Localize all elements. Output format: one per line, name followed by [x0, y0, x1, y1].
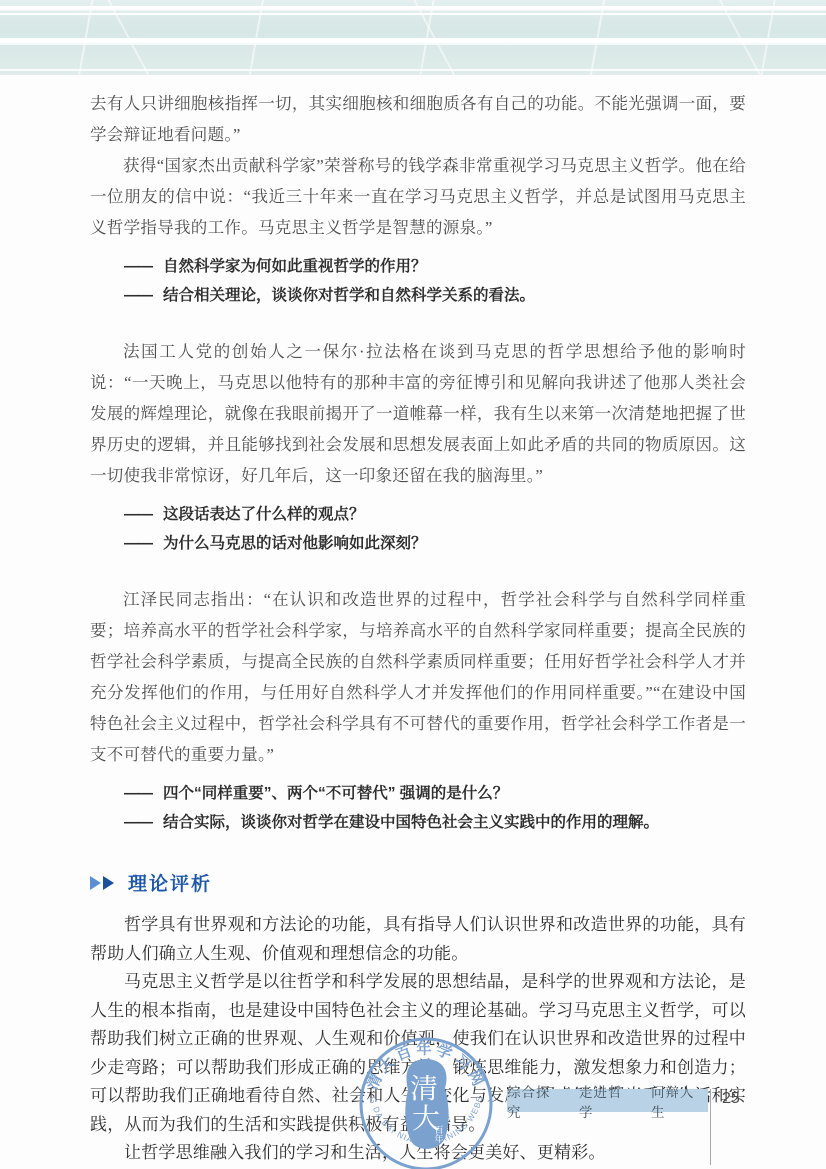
- question-text: 自然科学家为何如此重视哲学的作用？: [163, 252, 427, 281]
- section-header: 理论评析: [90, 869, 746, 896]
- question-dash: ——: [124, 808, 151, 837]
- question-dash: ——: [124, 529, 151, 558]
- textbook-page: 去有人只讲细胞核指挥一切，其实细胞核和细胞质各有自己的功能。不能光强调一面，要学…: [0, 0, 826, 1169]
- page-number: 25: [722, 1090, 740, 1108]
- footer-tab-unit: 综合探究: [507, 1081, 564, 1121]
- question-item: —— 结合相关理论，谈谈你对哲学和自然科学关系的看法。: [124, 281, 746, 310]
- theory-paragraph: 哲学具有世界观和方法论的功能，具有指导人们认识世界和改造世界的功能，具有帮助人们…: [90, 911, 746, 968]
- footer-section-bar: 综合探究 走进哲学 问辩人生: [507, 1089, 708, 1112]
- question-item: —— 自然科学家为何如此重视哲学的作用？: [124, 252, 746, 281]
- story-paragraph: 获得“国家杰出贡献科学家”荣誉称号的钱学森非常重视学习马克思主义哲学。他在给一位…: [90, 150, 746, 243]
- footer-tab-lesson: 走进哲学: [579, 1081, 636, 1121]
- question-item: —— 四个“同样重要”、两个“不可替代” 强调的是什么？: [124, 779, 746, 808]
- question-group: —— 自然科学家为何如此重视哲学的作用？ —— 结合相关理论，谈谈你对哲学和自然…: [90, 252, 746, 310]
- logo-seal-char-1: 清: [410, 1073, 438, 1105]
- question-text: 结合相关理论，谈谈你对哲学和自然科学关系的看法。: [163, 281, 535, 310]
- question-text: 这段话表达了什么样的观点？: [163, 500, 365, 529]
- arrow-right-icon: [103, 876, 114, 890]
- question-dash: ——: [124, 252, 151, 281]
- story-paragraph: 江泽民同志指出：“在认识和改造世界的过程中，哲学社会科学与自然科学同样重要；培养…: [90, 584, 746, 770]
- story-paragraph: 去有人只讲细胞核指挥一切，其实细胞核和细胞质各有自己的功能。不能光强调一面，要学…: [90, 88, 746, 150]
- logo-seal-small-2: 年: [434, 1133, 443, 1144]
- question-item: —— 为什么马克思的话对他影响如此深刻？: [124, 529, 746, 558]
- question-group: —— 四个“同样重要”、两个“不可替代” 强调的是什么？ —— 结合实际，谈谈你…: [90, 779, 746, 837]
- question-item: —— 结合实际，谈谈你对哲学在建设中国特色社会主义实践中的作用的理解。: [124, 808, 746, 837]
- question-dash: ——: [124, 500, 151, 529]
- story-paragraph: 法国工人党的创始人之一保尔·拉法格在谈到马克思的哲学思想给予他的影响时说：“一天…: [90, 336, 746, 491]
- question-text: 四个“同样重要”、两个“不可替代” 强调的是什么？: [163, 779, 508, 808]
- footer-tab-topic: 问辩人生: [651, 1081, 708, 1121]
- question-item: —— 这段话表达了什么样的观点？: [124, 500, 746, 529]
- arrow-right-icon: [90, 876, 101, 890]
- question-dash: ——: [124, 281, 151, 310]
- question-dash: ——: [124, 779, 151, 808]
- site-logo: 清大百年学习网 QING DA BAI NIAN LEARNING WEBSIT…: [356, 1034, 496, 1169]
- page-content: 去有人只讲细胞核指挥一切，其实细胞核和细胞质各有自己的功能。不能光强调一面，要学…: [90, 75, 746, 1168]
- section-title: 理论评析: [128, 869, 212, 896]
- question-text: 为什么马克思的话对他影响如此深刻？: [163, 529, 427, 558]
- header-decorative-band: [0, 0, 826, 75]
- question-text: 结合实际，谈谈你对哲学在建设中国特色社会主义实践中的作用的理解。: [163, 808, 659, 837]
- question-group: —— 这段话表达了什么样的观点？ —— 为什么马克思的话对他影响如此深刻？: [90, 500, 746, 558]
- footer-divider: [710, 1089, 711, 1165]
